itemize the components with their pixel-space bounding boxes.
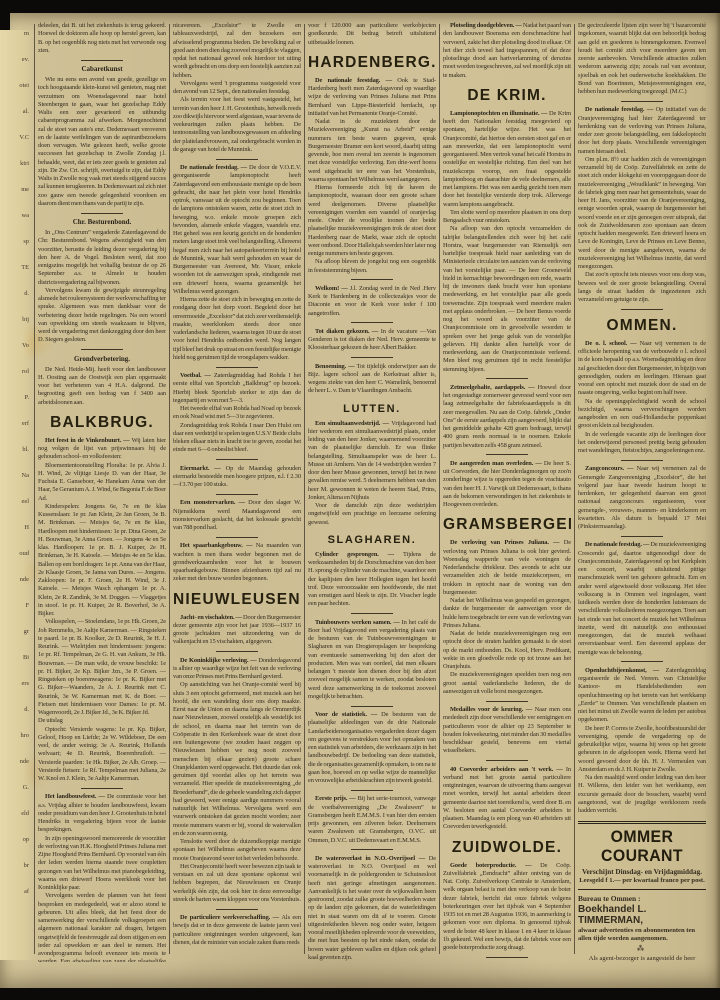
article-lead-in: Cylinder gesprongen. — (315, 551, 403, 558)
cutoff-text-fragment: nde (0, 576, 33, 602)
article-paragraph: Hierna formeerde zich bij de haven de la… (308, 184, 436, 258)
photo-black-margin-top (0, 0, 720, 13)
article-paragraph: Volksspelen, — Stoelendans, 1e pr. Hk. G… (38, 618, 166, 717)
article-lead-in: Zetmeelgehalte, aardappels. — (450, 384, 537, 391)
cutoff-text-fragment: TE (0, 264, 33, 290)
town-headline-hardenberg: HARDENBERG. (308, 54, 436, 72)
article-divider-rule (486, 957, 528, 958)
article-lead-in: De nationale feestdag. — (585, 106, 656, 113)
article-divider-rule (486, 760, 528, 761)
news-column-1: deleelen, dat B. uit het ziekenhuis is t… (38, 22, 166, 962)
article-divider-rule (621, 536, 663, 537)
advert-agent-intro: Als agent-bezorger is aangesteld de heer (578, 955, 706, 962)
article-paragraph: Zondagmiddag trok Rohda I naar Den Hulst… (173, 422, 301, 455)
cutoff-text-fragment: sp (0, 238, 33, 264)
article-divider-rule (216, 459, 258, 460)
news-column-3: voor f 120.000 aan particuliere werkobje… (308, 22, 436, 962)
cutoff-text-fragment: ers (0, 680, 33, 706)
article-lead-in: De nationale feestdag. — (180, 164, 249, 171)
article-paragraph: Zetmeelgehalte, aardappels. — Hoewel doo… (443, 384, 571, 450)
cutoff-text-fragment: m (0, 30, 33, 56)
article-lead-in: Plotseling doodgebleven. — (450, 22, 523, 29)
article-subhead: Grondverbetering. (38, 355, 166, 363)
article-paragraph: De o. l. school. — Naar wij vernemen is … (578, 340, 706, 398)
article-lead-in: Voor de statistiek. — (315, 711, 381, 718)
cutoff-text-fragment: af (0, 888, 33, 914)
cutoff-text-fragment: gr (0, 628, 33, 654)
article-paragraph: Lampionoptochten en illuminatie. — De Kr… (443, 110, 571, 209)
article-paragraph: Het tweede elftal van Rohda had Noad op … (173, 405, 301, 422)
column-rule (34, 24, 35, 954)
article-paragraph: De heer P. Corres te Zwolle, hoofdbestuu… (578, 725, 706, 775)
advert-schedule: Verschijnt Dinsdag- en Vrijdagmiddag. (578, 868, 706, 876)
advert-bookshop-note: alwaar advertenties en abonnementen ten … (578, 927, 706, 943)
advert-price: Leesgeld f 1.— per kwartaal franco per p… (578, 877, 706, 885)
article-paragraph: Benoeming. — Tot tijdelijk onderwijzer a… (308, 363, 436, 396)
article-paragraph: In „Ons Centrum” vergaderde Zaterdagavon… (38, 229, 166, 287)
article-paragraph: Openluchtbijeenkomst, — Zaterdagmiddag o… (578, 667, 706, 725)
article-lead-in: Medailles voor de keuring. — (450, 706, 535, 713)
article-divider-rule (216, 651, 258, 652)
article-lead-in: Het feest in de Vinkenbuurt. — (45, 437, 132, 444)
cutoff-text-fragment: wa (0, 212, 33, 238)
article-lead-in: Tuinbouwers werken samen. — (315, 619, 402, 626)
column-rule (304, 24, 305, 954)
article-lead-in: De nationale feestdag. — (315, 77, 397, 84)
article-lead-in: Zangconcours. — (585, 465, 636, 472)
article-paragraph: De Koninklijke verloving. — Donderdagavo… (173, 657, 301, 682)
column-rule (574, 24, 575, 954)
article-lead-in: De verloving van Prinses Juliana. — (450, 539, 564, 546)
article-paragraph: Het Oranjecomité heeft weer bewezen zijn… (173, 863, 301, 904)
article-lead-in: Welkom! — (315, 285, 350, 292)
cutoff-text-fragment: ev. (0, 56, 33, 82)
cutoff-text-fragment: nde (0, 758, 33, 784)
cutoff-text-fragment: V.C (0, 134, 33, 160)
cutoff-text-fragment: G. (0, 784, 33, 810)
article-paragraph: Cylinder gesprongen. — Tijdens de werkza… (308, 551, 436, 609)
news-column-2: nicavereen. „Excelsior” te Zwolle en tab… (173, 22, 301, 962)
article-paragraph: Kinderspelen: Jongens 6e, 7e en 8e klas … (38, 503, 166, 619)
article-divider-rule (351, 790, 393, 791)
article-lead-in: Eiermarkt. — (180, 465, 226, 472)
article-paragraph: Jacht- en vischakten. — Door den Burgeme… (173, 614, 301, 647)
article-paragraph: Plotseling doodgebleven. — Nadat het paa… (443, 22, 571, 80)
news-column-4: Plotseling doodgebleven. — Nadat het paa… (443, 22, 571, 962)
article-paragraph: Tuinbouwers werken samen. — In het café … (308, 619, 436, 702)
article-divider-rule (216, 537, 258, 538)
article-divider-rule (486, 701, 528, 702)
cutoff-text-fragment: hro (0, 732, 33, 758)
town-headline-slagharen: SLAGHAREN. (308, 534, 436, 546)
town-headline-zuidwolde: ZUIDWOLDE. (443, 839, 571, 857)
article-lead-in: Lampionoptochten en illuminatie. — (450, 110, 549, 117)
article-paragraph: deleelen, dat B. uit het ziekenhuis is t… (38, 22, 166, 55)
article-paragraph: Optocht: Versierde wagens: 1e pr. Kp. Bi… (38, 726, 166, 784)
article-lead-in: Goede boterproductie. — (450, 862, 540, 869)
article-paragraph: Om pl.m. 8½ uur hadden zich de vereenigi… (578, 156, 706, 272)
article-lead-in: Voetbal. — (180, 372, 214, 379)
article-lead-in: De o. l. school. — (585, 340, 640, 347)
article-paragraph: In zijn openingswoord memoreerde de voor… (38, 835, 166, 893)
article-paragraph: Een simultaanwedstrijd. — Vrijdagavond h… (308, 420, 436, 503)
article-paragraph: Voor de statistiek. — De besturen van de… (308, 711, 436, 785)
article-paragraph: Voetbal. — Zaterdagmiddag had Rohda I he… (173, 372, 301, 405)
article-paragraph: Nadat het Wilhelmus was gespeeld en gezo… (443, 597, 571, 630)
article-paragraph: Dat zoo'n optocht iets nieuws voor ons d… (578, 271, 706, 304)
torn-page-edge: mev.oteial.V.CktrimewaspTEd.bijVorolP.er… (0, 30, 33, 960)
article-lead-in: 40 Coevorder arbeiders aan 't werk. — (450, 766, 566, 773)
article-paragraph: De wateroverlast in N.O.-Overijssel — De… (308, 855, 436, 962)
article-paragraph: De Ned. Heide-Mij. heeft voor den landbo… (38, 366, 166, 407)
cutoff-text-fragment: op (0, 836, 33, 862)
article-paragraph: Het landbouwfeest. — De commissie voor h… (38, 793, 166, 834)
article-divider-rule (351, 322, 393, 323)
article-divider-rule (81, 60, 123, 61)
cutoff-text-fragment: rol (0, 368, 33, 394)
town-headline-ommen: OMMEN. (578, 317, 706, 335)
article-paragraph: Goede boterproductie. — De Coöp. Zuivelf… (443, 862, 571, 953)
cutoff-text-fragment: d. (0, 706, 33, 732)
article-paragraph: De verloving van Prinses Juliana. — De v… (443, 539, 571, 597)
article-lead-in: De wateroverlast in N.O.-Overijssel — (315, 855, 429, 862)
cutoff-text-fragment: P. (0, 394, 33, 420)
article-paragraph: Hierna zette de stoet zich in beweging e… (173, 296, 301, 362)
column-rule (169, 24, 170, 954)
article-paragraph: Het spaarbankgebouw. — Na maanden van wa… (173, 542, 301, 583)
article-subhead: Cabaretkunst (38, 65, 166, 73)
article-divider-rule (351, 613, 393, 614)
article-lead-in: Het spaarbankgebouw. — (180, 542, 256, 549)
cutoff-text-fragment: al. (0, 108, 33, 134)
article-paragraph: Tot diaken gekozen. — In de vacature —Va… (308, 328, 436, 353)
article-paragraph: De nationale feestdag. — Op initiatief v… (578, 106, 706, 156)
town-headline-nieuwleusen: NIEUWLEUSEN. (173, 591, 301, 609)
article-lead-in: De nationale feestdag. — (585, 541, 650, 548)
article-divider-rule (621, 661, 663, 662)
cutoff-text-fragment: bl. (0, 446, 33, 472)
article-paragraph: Welkom! — J.l. Zondag werd in de Ned .He… (308, 285, 436, 318)
news-column-5: De gecirculeerde lijsten zijn weer bij '… (578, 22, 706, 962)
cutoff-text-fragment: oud (0, 550, 33, 576)
town-headline-balkbrug: BALKBRUG. (38, 414, 166, 432)
article-divider-rule (351, 357, 393, 358)
advert-masthead: OMMER COURANT (581, 828, 704, 866)
article-paragraph: Het feest in de Vinkenbuurt. — Wij laten… (38, 437, 166, 462)
article-paragraph: De particuliere werkverschaffing. — Als … (173, 914, 301, 947)
cutoff-text-fragment: otei (0, 82, 33, 108)
article-lead-in: Openluchtbijeenkomst, — (585, 667, 666, 674)
article-paragraph: Vervolgens kwam de gewijzigde steunregel… (38, 287, 166, 345)
cutoff-text-fragment: br (0, 862, 33, 888)
article-paragraph: Na afloop van den optocht verzamelden de… (443, 225, 571, 374)
article-paragraph: voor f 120.000 aan particuliere werkobje… (308, 22, 436, 47)
town-headline-gramsbergen: GRAMSBERGEN. (443, 516, 571, 534)
article-divider-rule (81, 213, 123, 214)
cutoff-text-fragment: bij (0, 316, 33, 342)
article-paragraph: De nationale feestdag. — De door de V.O.… (173, 164, 301, 296)
ommer-courant-advert: OMMER COURANTVerschijnt Dinsdag- en Vrij… (578, 821, 706, 962)
cutoff-text-fragment: H (0, 524, 33, 550)
article-paragraph: De aangereden man overleden. — De heer S… (443, 460, 571, 510)
article-paragraph: Ten slotte werd op meerdere plaatsen in … (443, 209, 571, 226)
article-paragraph: Bloemententoonstelling Floralia: 1e pr. … (38, 462, 166, 503)
article-paragraph: Eerste prijs. — Bij het serie-tournooi, … (308, 795, 436, 845)
article-lead-in: Een simultaanwedstrijd. — (315, 420, 391, 427)
article-paragraph: Na den maaltijd werd onder leiding van d… (578, 774, 706, 815)
newspaper-photo: mev.oteial.V.CktrimewaspTEd.bijVorolP.er… (0, 0, 720, 1000)
article-paragraph: Na afloop bleven de jongelui nog een oog… (308, 258, 436, 275)
article-lead-in: Jacht- en vischakten. — (180, 614, 243, 621)
article-paragraph: Tenslotte werd door de duizendkoppige me… (173, 838, 301, 863)
article-divider-rule (621, 460, 663, 461)
cutoff-text-fragment: eld (0, 810, 33, 836)
article-paragraph: De nationale feestdag. — De muziekvereen… (578, 541, 706, 657)
article-divider-rule (216, 909, 258, 910)
cutoff-text-fragment: d. (0, 290, 33, 316)
article-paragraph: nicavereen. „Excelsior” te Zwolle en tab… (173, 22, 301, 80)
article-divider-rule (351, 279, 393, 280)
article-paragraph: De uitslag (38, 717, 166, 725)
article-paragraph: Voor de damclub zijn deze wedstrijden on… (308, 502, 436, 527)
asterism-glyph: ⁂ (578, 945, 706, 953)
cutoff-text-fragment: eel (0, 498, 33, 524)
town-headline-dekrim: DE KRIM. (443, 87, 571, 105)
article-divider-rule (81, 788, 123, 789)
cutoff-text-fragment: Na (0, 472, 33, 498)
article-lead-in: Een monstervarken. — (180, 499, 248, 506)
article-paragraph: Nadat in de muziektent door de Muziekver… (308, 118, 436, 184)
article-paragraph: De gecirculeerde lijsten zijn weer bij '… (578, 22, 706, 96)
article-paragraph: De muziekvereenigingen speelden toen nog… (443, 671, 571, 696)
article-lead-in: De particuliere werkverschaffing. — (180, 914, 281, 921)
article-paragraph: Eiermarkt. — Op de Maandag gehouden eier… (173, 465, 301, 490)
article-paragraph: Nadat de beide muziekvereenigingen nog e… (443, 630, 571, 671)
article-divider-rule (486, 454, 528, 455)
cutoff-text-fragment: ktri (0, 160, 33, 186)
article-divider-rule (216, 494, 258, 495)
article-divider-rule (486, 378, 528, 379)
article-paragraph: Op aanstichting van het Oranje-comité we… (173, 681, 301, 838)
cutoff-text-fragment: erf (0, 420, 33, 446)
article-divider-rule (351, 849, 393, 850)
article-paragraph: Als terrein voor het feest werd vastgest… (173, 96, 301, 154)
article-paragraph: Vervolgens werd 't programma vastgesteld… (173, 80, 301, 97)
advert-bureau-label: Bureau te Ommen : (578, 894, 706, 903)
article-divider-rule (216, 367, 258, 368)
article-paragraph: Een monstervarken. — Door den slager W. … (173, 499, 301, 532)
cutoff-text-fragment: Bi (0, 654, 33, 680)
article-paragraph: Zangconcours. — Naar wij vernemen zal de… (578, 465, 706, 531)
article-divider-rule (81, 349, 123, 350)
article-lead-in: Tot diaken gekozen. — (315, 328, 381, 335)
article-lead-in: Benoeming. — (315, 363, 357, 370)
article-lead-in: Eerste prijs. — (315, 795, 357, 802)
article-divider-rule (621, 101, 663, 102)
cutoff-text-fragment: Vo (0, 342, 33, 368)
column-rule (439, 24, 440, 954)
article-divider-rule (621, 309, 663, 310)
article-paragraph: Wie nu eens een avond van goede, gezelli… (38, 76, 166, 208)
article-lead-in: Het landbouwfeest. — (45, 793, 107, 800)
article-lead-in: De Koninklijke verloving. — (180, 657, 258, 664)
article-paragraph: In de verlengde vacantie zijn de leerlin… (578, 431, 706, 456)
article-divider-rule (216, 159, 258, 160)
article-paragraph: De nationale feestdag. — Ook te Stad-Har… (308, 77, 436, 118)
article-paragraph: 40 Coevorder arbeiders aan 't werk. — In… (443, 766, 571, 832)
town-headline-lutten: LUTTEN. (308, 403, 436, 415)
cutoff-text-fragment: me (0, 186, 33, 212)
article-paragraph: Medailles voor de keuring. — Naar men on… (443, 706, 571, 756)
advert-bookshop-name: Boekhandel L. TIMMERMAN, (578, 904, 706, 926)
article-subhead: Chr. Besturenbond. (38, 218, 166, 226)
article-lead-in: De aangereden man overleden. — (450, 460, 544, 467)
article-divider-rule (351, 706, 393, 707)
advert-divider (578, 889, 706, 890)
article-paragraph: Na de openingsplechtigheid wordt de scho… (578, 398, 706, 431)
article-paragraph: Vervolgens werden de plannen van het fee… (38, 892, 166, 962)
cutoff-text-fragment: F (0, 602, 33, 628)
